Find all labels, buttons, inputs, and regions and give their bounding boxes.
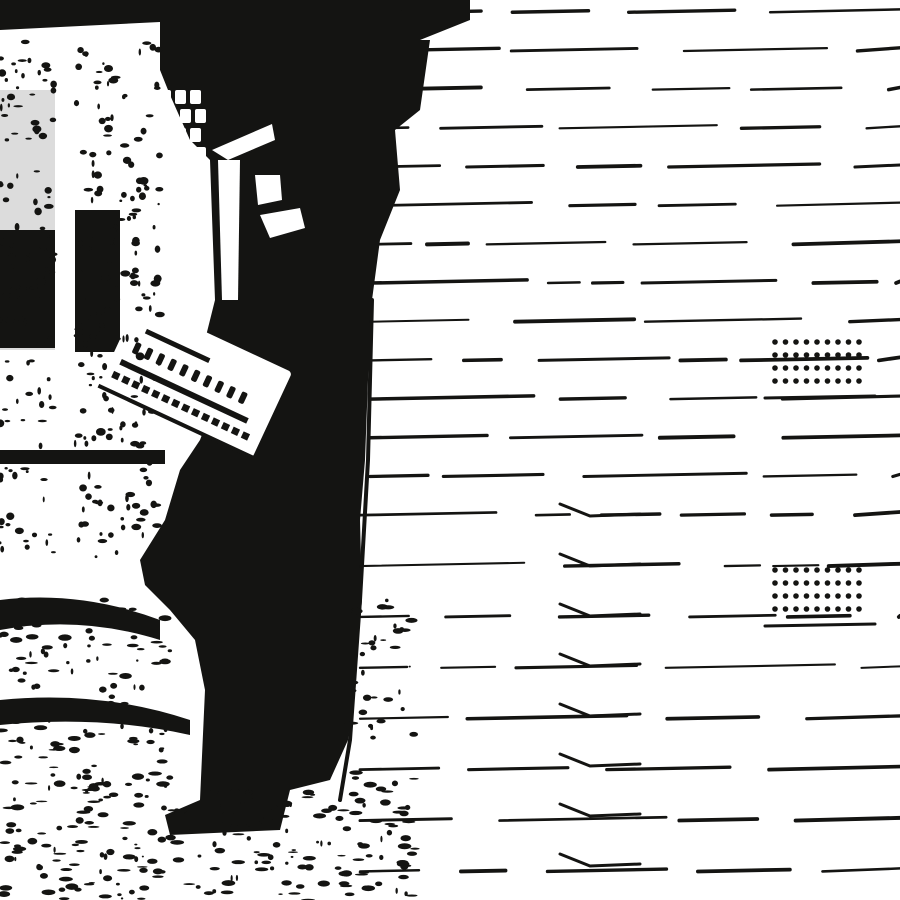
- left-window: [0, 90, 55, 350]
- photo-artwork: .ink{fill:#141412}.paper{fill:#ffffff}.l…: [0, 0, 900, 900]
- brick-pillar: [160, 90, 206, 256]
- photo-scene: .ink{fill:#141412}.paper{fill:#ffffff}.l…: [0, 0, 900, 900]
